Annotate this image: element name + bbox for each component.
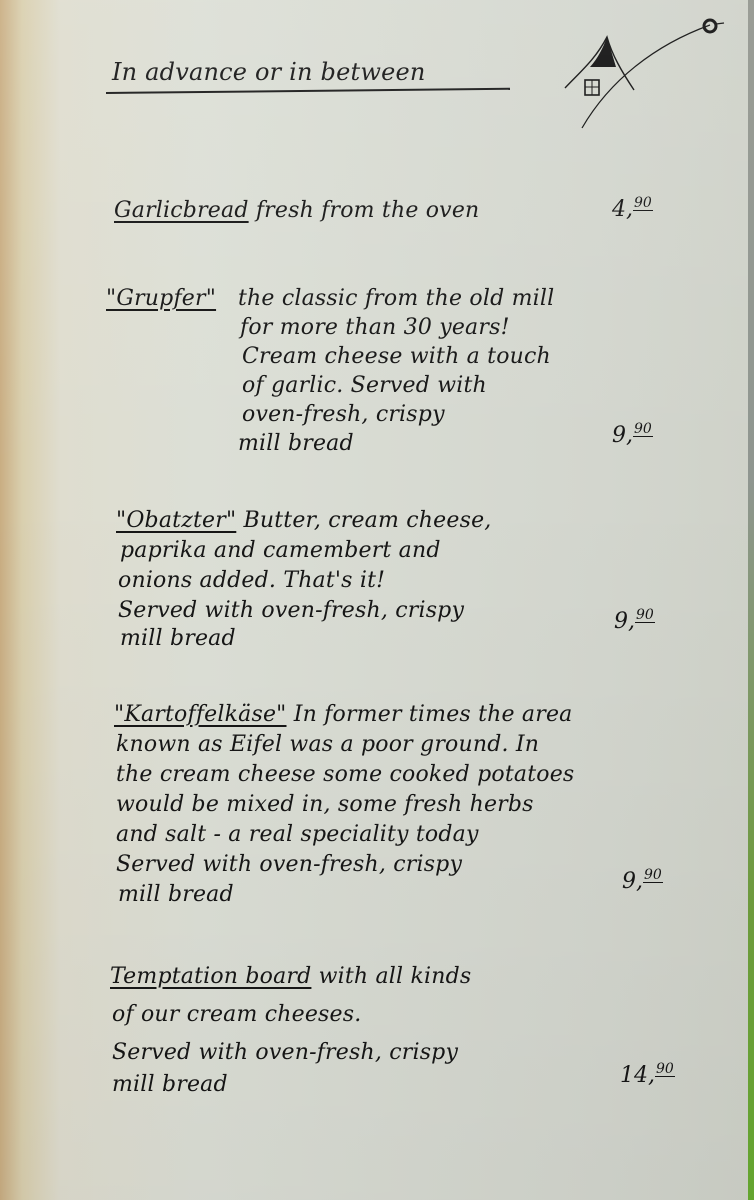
item-description-line: paprika and camembert and (120, 536, 441, 565)
item-description-line: Served with oven-fresh, crispy (116, 850, 462, 879)
item-description-line: oven-fresh, crispy (242, 400, 445, 429)
item-name: "Obatzter" (116, 508, 236, 533)
item-description-line: mill bread (112, 1070, 228, 1099)
item-description-line: would be mixed in, some fresh herbs (116, 790, 534, 819)
item-description-line: and salt - a real speciality today (116, 820, 479, 849)
item-price: 14,90 (620, 1062, 675, 1088)
item-description-line: Served with oven-fresh, crispy (112, 1038, 458, 1067)
menu-page: In advance or in between Garlicbread fre… (0, 0, 748, 1200)
item-name: "Kartoffelkäse" (114, 702, 287, 727)
item-description-line: Served with oven-fresh, crispy (118, 596, 464, 625)
item-description-line: the cream cheese some cooked potatoes (116, 760, 574, 789)
mill-house-logo-icon (560, 10, 730, 140)
item-description-line: mill bread (120, 624, 236, 653)
item-name: Temptation board (110, 964, 311, 989)
item-price: 9,90 (614, 608, 655, 634)
item-description-line: Cream cheese with a touch (242, 342, 551, 371)
item-description: fresh from the oven (256, 198, 480, 223)
title-underline (106, 88, 510, 94)
item-description-line: mill bread (118, 880, 234, 909)
item-description-line: Butter, cream cheese, (244, 508, 492, 533)
page-edge (748, 0, 754, 1200)
page-title: In advance or in between (112, 58, 426, 86)
item-name: Garlicbread (114, 198, 249, 223)
item-description-line: known as Eifel was a poor ground. In (116, 730, 539, 759)
item-price: 4,90 (612, 196, 653, 222)
item-description-line: In former times the area (294, 702, 573, 727)
item-description-line: onions added. That's it! (118, 566, 385, 595)
item-name: "Grupfer" (106, 286, 216, 311)
item-description-line: with all kinds (319, 964, 472, 989)
item-description-line: mill bread (238, 429, 354, 458)
item-description-line: for more than 30 years! (240, 313, 510, 342)
item-price: 9,90 (612, 422, 653, 448)
item-description-line: of garlic. Served with (242, 371, 487, 400)
item-description-line: of our cream cheeses. (112, 1000, 361, 1029)
item-price: 9,90 (622, 868, 663, 894)
item-description-line: the classic from the old mill (238, 284, 554, 313)
